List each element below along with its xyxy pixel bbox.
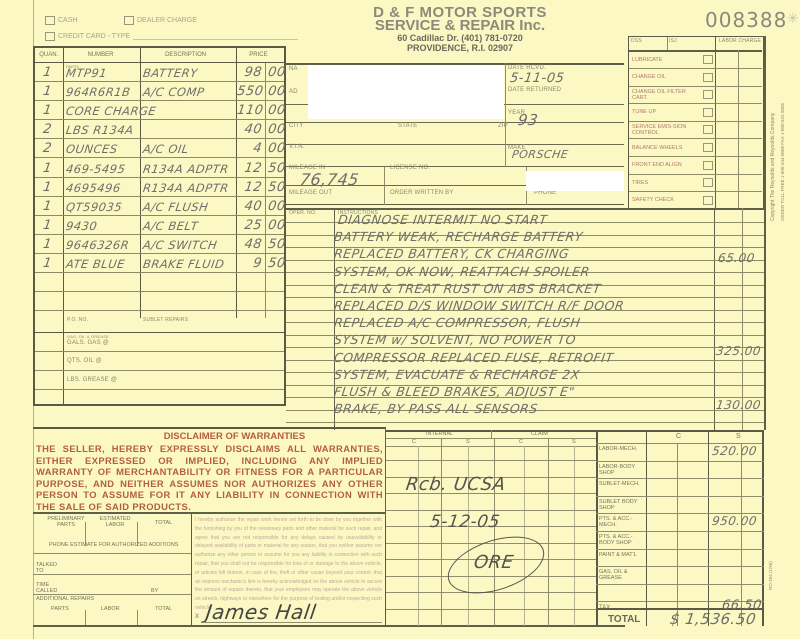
divider	[33, 574, 191, 575]
description-cell[interactable]: A/C SWITCH	[142, 235, 219, 255]
service-checklist: DSS ISJ LABOR CHARGE LUBRICATECHANGE OIL…	[628, 36, 764, 210]
instruction-line[interactable]: REPLACED D/S WINDOW SWITCH R/F DOOR	[333, 299, 625, 313]
time-called-label: TIME CALLED	[36, 582, 58, 594]
instruction-line[interactable]: CLEAN & TREAT RUST ON ABS BRACKET	[333, 282, 602, 296]
service-item-label: SERVICE EMIS-SION CONTROL	[632, 124, 696, 136]
totals-row-label: LABOR-BODY SHOP	[599, 464, 645, 476]
totals-row-label: LABOR-MECH.	[599, 446, 645, 452]
service-item[interactable]: FRONT END ALIGN	[629, 157, 715, 175]
quantity-cell[interactable]: 1	[42, 254, 54, 274]
estimated-labor-label: ESTIMATED LABOR	[93, 516, 137, 528]
col-price: PRICE	[233, 48, 284, 62]
service-item-checkbox[interactable]	[703, 161, 713, 170]
part-number-cell[interactable]: 4695496	[65, 178, 123, 198]
price-cents-cell[interactable]: 00	[267, 197, 287, 217]
price-cents-cell[interactable]: 50	[267, 254, 287, 274]
order-written-by-label: ORDER WRITTEN BY	[390, 190, 454, 196]
total-label: TOTAL	[608, 614, 640, 625]
year-value[interactable]: 93	[517, 111, 540, 129]
service-item-label: BALANCE WHEELS	[632, 145, 696, 151]
price-dollars-cell[interactable]: 25	[236, 216, 264, 236]
part-number-cell[interactable]: OUNCES	[65, 139, 119, 159]
credit-card-label: CREDIT CARD - TYPE	[58, 33, 130, 40]
service-item[interactable]: CHANGE OIL FILTER CART.	[629, 86, 715, 104]
totals-block: C S LABOR-MECH.520.00LABOR-BODY SHOPSUBL…	[596, 430, 764, 626]
part-number-cell[interactable]: QT59035	[65, 197, 124, 217]
price-dollars-cell[interactable]: 12	[236, 178, 264, 198]
divider	[384, 167, 385, 205]
vin-row: V.I.N.	[286, 145, 624, 167]
description-cell[interactable]: R134A ADPTR	[142, 159, 230, 179]
table-row: 2LBS R134A4000	[35, 120, 284, 139]
table-row: 19430A/C BELT2500	[35, 216, 284, 235]
totals-row-value[interactable]: 520.00	[711, 444, 758, 458]
price-dollars-cell[interactable]: 98	[236, 63, 264, 83]
totals-c-label: C	[676, 434, 681, 440]
quantity-cell[interactable]: 1	[42, 159, 54, 179]
company-address: 60 Cadillac Dr. (401) 781-0720	[340, 33, 580, 43]
service-item-label: TIRES	[632, 180, 696, 186]
quantity-cell[interactable]: 1	[42, 178, 54, 198]
parts-label: PARTS	[51, 606, 69, 612]
city-row: CITY STATE ZIP	[286, 105, 624, 123]
divider	[137, 610, 138, 625]
qts-oil-label: QTS. OIL @	[67, 357, 102, 365]
table-row: 1MTP91BATTERY9800	[35, 63, 284, 82]
divider	[494, 438, 495, 626]
divider	[738, 50, 739, 209]
service-item[interactable]: TIRES	[629, 174, 715, 192]
sublet-label: SUBLET REPAIRS	[143, 317, 188, 323]
gals-gas-label: GALS. GAS @	[67, 339, 109, 347]
price-cents-cell[interactable]: 00	[267, 63, 287, 83]
preliminary-parts-label: PRELIMINARY PARTS	[41, 516, 91, 528]
instruction-line[interactable]: DIAGNOSE INTERMIT NO START	[337, 213, 548, 227]
divider	[715, 103, 762, 104]
divider	[677, 443, 678, 626]
internal-c-label: C	[412, 439, 416, 445]
table-row: 19646326RA/C SWITCH4850	[35, 235, 284, 254]
payment-option-cash[interactable]: CASH	[45, 16, 77, 25]
make-value[interactable]: PORSCHE	[511, 148, 569, 161]
cash-checkbox[interactable]	[45, 16, 55, 25]
signature-line	[202, 622, 382, 623]
customer-signature[interactable]: James Hall	[204, 600, 318, 624]
totals-row-label: PTS. & ACC.-BODY SHOP	[599, 534, 645, 546]
price-cents-cell[interactable]: 50	[267, 235, 287, 255]
copyright-strip: Copyright The Reynolds and Reynolds Comp…	[766, 36, 800, 226]
divider	[715, 174, 762, 175]
internal-label: INTERNAL	[426, 431, 453, 437]
divider	[596, 531, 764, 532]
service-item-checkbox[interactable]	[703, 125, 713, 134]
divider	[596, 430, 764, 432]
disclaimer-of-warranties: DISCLAIMER OF WARRANTIES THE SELLER, HER…	[33, 427, 386, 512]
handwritten-initials: ORE	[473, 552, 516, 573]
instruction-line[interactable]: REPLACED BATTERY, CK CHARGING	[333, 247, 570, 261]
service-item-checkbox[interactable]	[703, 108, 713, 117]
mileage-out-label: MILEAGE OUT	[289, 190, 332, 196]
instruction-line[interactable]: FLUSH & BLEED BRAKES, ADJUST E"	[333, 385, 576, 399]
isj-label: ISJ	[669, 38, 677, 44]
service-item[interactable]: SERVICE EMIS-SION CONTROL	[629, 121, 715, 139]
totals-s-label: S	[736, 434, 741, 440]
decorative-mark-icon: ✳	[787, 10, 799, 27]
description-cell[interactable]: A/C OIL	[142, 139, 191, 159]
grease-row: LBS. GREASE @	[35, 371, 284, 390]
divider	[386, 609, 596, 610]
part-number-cell[interactable]: 964R6R1B	[65, 82, 132, 102]
city-field-row	[286, 123, 624, 145]
copyright-text: Copyright The Reynolds and Reynolds Comp…	[770, 41, 776, 221]
date-returned-label: DATE RETURNED	[508, 87, 561, 93]
divider	[33, 553, 191, 554]
quantity-cell[interactable]: 1	[42, 101, 54, 121]
labor-charge-label: LABOR CHARGE	[717, 38, 763, 44]
price-cents-cell[interactable]: 00	[267, 82, 287, 102]
payment-option-dealer-charge[interactable]: DEALER CHARGE	[124, 16, 197, 25]
ruled-line	[286, 422, 764, 423]
redacted-phone	[526, 171, 624, 191]
tax-label: TAX	[599, 605, 610, 611]
divider	[468, 446, 469, 626]
table-row: 1964R6R1BA/C COMP55000	[35, 82, 284, 101]
customer-info: NA AD CITY STATE ZIP V.I.N. MILEAGE IN 7…	[286, 63, 624, 205]
price-dollars-cell[interactable]: 9	[236, 254, 264, 274]
service-item-checkbox[interactable]	[703, 178, 713, 187]
price-cents-cell[interactable]: 50	[267, 159, 287, 179]
table-row: 2OUNCESA/C OIL400	[35, 139, 284, 158]
price-dollars-cell[interactable]: 48	[236, 235, 264, 255]
repair-order-form: CASH DEALER CHARGE CREDIT CARD - TYPE D …	[0, 0, 800, 639]
totals-row-label: PAINT & MAT'L	[599, 552, 645, 558]
price-cents-cell[interactable]: 00	[267, 120, 287, 140]
company-city: PROVIDENCE, R.I. 02907	[340, 43, 580, 53]
description-cell[interactable]: A/C COMP	[142, 82, 206, 102]
part-number-cell[interactable]: ATE BLUE	[65, 254, 127, 274]
name-label: NA	[289, 66, 298, 72]
quantity-cell[interactable]: 2	[42, 139, 54, 159]
divider	[418, 446, 419, 626]
parts-table-header: QUAN. NUMBER DESCRIPTION PRICE	[35, 48, 284, 63]
table-row: 1CORE CHARGE11000	[35, 101, 284, 120]
instruction-line[interactable]: COMPRESSOR REPLACED FUSE, RETROFIT	[333, 351, 615, 365]
divider	[596, 566, 764, 567]
claim-c-label: C	[519, 439, 523, 445]
divider	[596, 496, 764, 497]
part-number-cell[interactable]: 469-5495	[65, 159, 127, 179]
dealer-charge-label: DEALER CHARGE	[137, 17, 197, 24]
license-label: LICENSE NO.	[390, 165, 430, 171]
table-row: 1ATE BLUEBRAKE FLUID950	[35, 254, 284, 273]
divider	[596, 549, 764, 550]
part-number-cell[interactable]: MTP91	[65, 63, 109, 83]
oper-no-label: OPER. NO.	[289, 210, 317, 216]
company-header: D & F MOTOR SPORTS SERVICE & REPAIR Inc.…	[340, 6, 580, 53]
signature-x: X	[195, 614, 199, 620]
divider	[667, 37, 668, 50]
service-item-label: CHANGE OIL FILTER CART.	[632, 89, 696, 101]
divider	[574, 446, 575, 626]
divider	[491, 430, 492, 438]
claim-label: CLAIM	[531, 431, 548, 437]
divider	[548, 438, 549, 626]
quantity-cell[interactable]: 1	[42, 216, 54, 236]
description-cell[interactable]: R134A ADPTR	[142, 178, 230, 198]
col-quantity: QUAN.	[35, 48, 63, 62]
service-item-label: TUNE UP	[632, 109, 696, 115]
service-item-checkbox[interactable]	[703, 55, 713, 64]
part-number-cell[interactable]: 9646326R	[65, 235, 131, 255]
service-item[interactable]: TUNE UP	[629, 104, 715, 122]
totals-row-label: PTS. & ACC.-MECH.	[599, 516, 645, 528]
service-item[interactable]: CHANGE OIL	[629, 69, 715, 87]
table-row-empty	[35, 292, 284, 311]
totals-row-label: SUBLET-MECH.	[599, 481, 645, 487]
instruction-line[interactable]: REPLACED A/C COMPRESSOR, FLUSH	[333, 316, 581, 330]
labor-charge-1[interactable]: 65.00	[717, 251, 756, 265]
service-item-label: FRONT END ALIGN	[632, 162, 696, 168]
divider	[386, 510, 596, 511]
divider	[715, 121, 762, 122]
divider	[715, 138, 762, 139]
col-number: NUMBER	[63, 48, 139, 62]
divider	[708, 430, 709, 626]
lbs-grease-label: LBS. GREASE @	[67, 376, 117, 384]
price-cents-cell[interactable]: 00	[267, 216, 287, 236]
divider	[715, 86, 762, 87]
quantity-cell[interactable]: 1	[42, 197, 54, 217]
ruled-line	[286, 347, 764, 348]
price-dollars-cell[interactable]: 40	[236, 197, 264, 217]
table-row: 14695496R134A ADPTR1250	[35, 178, 284, 197]
service-item-checkbox[interactable]	[703, 73, 713, 82]
divider	[596, 461, 764, 462]
instruction-line[interactable]: BRAKE, BY PASS ALL SENSORS	[333, 402, 539, 416]
estimate-total-label: TOTAL	[155, 520, 172, 526]
invoice-number: 008388	[705, 8, 787, 32]
dealer-charge-checkbox[interactable]	[124, 16, 134, 25]
date-received-value[interactable]: 5-11-05	[509, 71, 565, 86]
divider	[646, 430, 647, 626]
price-dollars-cell[interactable]: 12	[236, 159, 264, 179]
price-cents-cell[interactable]: 00	[267, 139, 287, 159]
divider	[715, 191, 762, 192]
price-dollars-cell[interactable]: 40	[236, 120, 264, 140]
service-item-checkbox[interactable]	[703, 196, 713, 205]
divider	[386, 592, 596, 593]
price-cents-cell[interactable]: 50	[267, 178, 287, 198]
gas-row: GAS, OIL & GREASE GALS. GAS @	[35, 333, 284, 352]
description-cell[interactable]: BATTERY	[142, 63, 200, 83]
form-code: RO-104 (1/96)	[768, 561, 773, 590]
totals-row-label: SUBLET BODY SHOP	[599, 499, 645, 511]
price-dollars-cell[interactable]: 110	[236, 101, 264, 121]
instruction-line[interactable]: SYSTEM, EVACUATE & RECHARGE 2X	[333, 368, 581, 382]
po-row: P.O. NO. SUBLET REPAIRS	[35, 311, 284, 333]
part-number-cell[interactable]: 9430	[65, 216, 99, 236]
col-description: DESCRIPTION	[138, 48, 232, 62]
divider	[441, 438, 442, 626]
divider	[505, 63, 506, 167]
internal-s-label: S	[466, 439, 470, 445]
divider	[386, 438, 596, 439]
quantity-cell[interactable]: 2	[42, 120, 54, 140]
divider	[33, 594, 191, 595]
additional-total-label: TOTAL	[155, 606, 172, 612]
total-value[interactable]: $ 1,536.50	[669, 610, 758, 628]
address-label: AD	[289, 89, 298, 95]
service-item-label: CHANGE OIL	[632, 74, 696, 80]
divider	[764, 36, 766, 430]
warranty-title: DISCLAIMER OF WARRANTIES	[33, 431, 386, 442]
service-item-label: LUBRICATE	[632, 57, 696, 63]
divider	[85, 610, 86, 625]
po-label: P.O. NO.	[67, 317, 88, 323]
handwritten-date: 5-12-05	[429, 512, 502, 532]
divider	[596, 478, 764, 479]
service-item-label: SAFETY CHECK	[632, 197, 696, 203]
estimate-block: PRELIMINARY PARTS ESTIMATED LABOR TOTAL …	[33, 514, 191, 625]
part-number-cell[interactable]: CORE CHARGE	[65, 101, 158, 121]
table-row: 1QT59035A/C FLUSH4000	[35, 197, 284, 216]
part-number-cell[interactable]: LBS R134A	[65, 120, 135, 140]
order-toll-free-text: ORDER TOLL FREE 1-800-344-0008 FAX 1-800…	[780, 41, 785, 221]
company-subtitle: SERVICE & REPAIR Inc.	[340, 19, 580, 33]
payment-option-credit-card[interactable]: CREDIT CARD - TYPE	[45, 32, 298, 41]
service-item[interactable]: LUBRICATE	[629, 51, 715, 69]
table-row: 1469-5495R134A ADPTR1250	[35, 159, 284, 178]
dss-label: DSS	[631, 38, 642, 44]
quantity-cell[interactable]: 1	[42, 63, 54, 83]
quantity-cell[interactable]: 1	[42, 82, 54, 102]
price-cents-cell[interactable]: 00	[267, 101, 287, 121]
vin-label: V.I.N.	[289, 144, 305, 150]
service-item-checkbox[interactable]	[703, 90, 713, 99]
totals-row-label: GAS, OIL & GREASE	[599, 569, 645, 581]
cash-label: CASH	[58, 17, 77, 24]
warranty-body: THE SELLER, HEREBY EXPRESSLY DISCLAIMS A…	[33, 442, 386, 514]
parts-table: QUAN. NUMBER DESCRIPTION PRICE PARTS 1MT…	[33, 46, 286, 406]
quantity-cell[interactable]: 1	[42, 235, 54, 255]
instruction-line[interactable]: SYSTEM, OK NOW, REATTACH SPOILER	[333, 265, 591, 279]
credit-card-type-field[interactable]	[133, 33, 298, 40]
service-item[interactable]: BALANCE WHEELS	[629, 139, 715, 157]
internal-claim-grid: INTERNAL CLAIM C S C S Rcb. UCSA 5-12-05…	[386, 430, 596, 626]
talked-to-label: TALKED TO	[36, 562, 58, 574]
price-dollars-cell[interactable]: 4	[236, 139, 264, 159]
price-dollars-cell[interactable]: 550	[236, 82, 264, 102]
instruction-line[interactable]: BATTERY WEAK, RECHARGE BATTERY	[333, 230, 584, 244]
description-cell[interactable]: A/C BELT	[142, 216, 200, 236]
handwritten-note: Rcb. UCSA	[405, 474, 508, 495]
table-row-empty	[35, 273, 284, 292]
phone-estimate-label: PHONE ESTIMATE FOR AUTHORIZED ADDITIONS	[49, 542, 178, 548]
divider	[596, 584, 764, 585]
oil-row: QTS. OIL @	[35, 352, 284, 371]
divider	[762, 430, 764, 626]
labor-label: LABOR	[101, 606, 120, 612]
service-item-checkbox[interactable]	[703, 143, 713, 152]
credit-card-checkbox[interactable]	[45, 32, 55, 41]
authorization-block: I hereby authorize the repair work herei…	[191, 514, 386, 625]
divider	[715, 156, 762, 157]
description-cell[interactable]: BRAKE FLUID	[142, 254, 226, 274]
labor-charge-3[interactable]: 130.00	[715, 398, 762, 412]
additional-repairs-label: ADDITIONAL REPAIRS	[36, 596, 94, 602]
divider	[386, 460, 596, 461]
instruction-line[interactable]: SYSTEM w/ SOLVENT, NO POWER TO	[333, 333, 577, 347]
labor-charge-2[interactable]: 325.00	[715, 344, 762, 358]
divider	[715, 68, 762, 69]
totals-row-value[interactable]: 950.00	[711, 514, 758, 528]
description-cell[interactable]: A/C FLUSH	[142, 197, 210, 217]
divider	[715, 37, 716, 209]
claim-s-label: S	[572, 439, 576, 445]
